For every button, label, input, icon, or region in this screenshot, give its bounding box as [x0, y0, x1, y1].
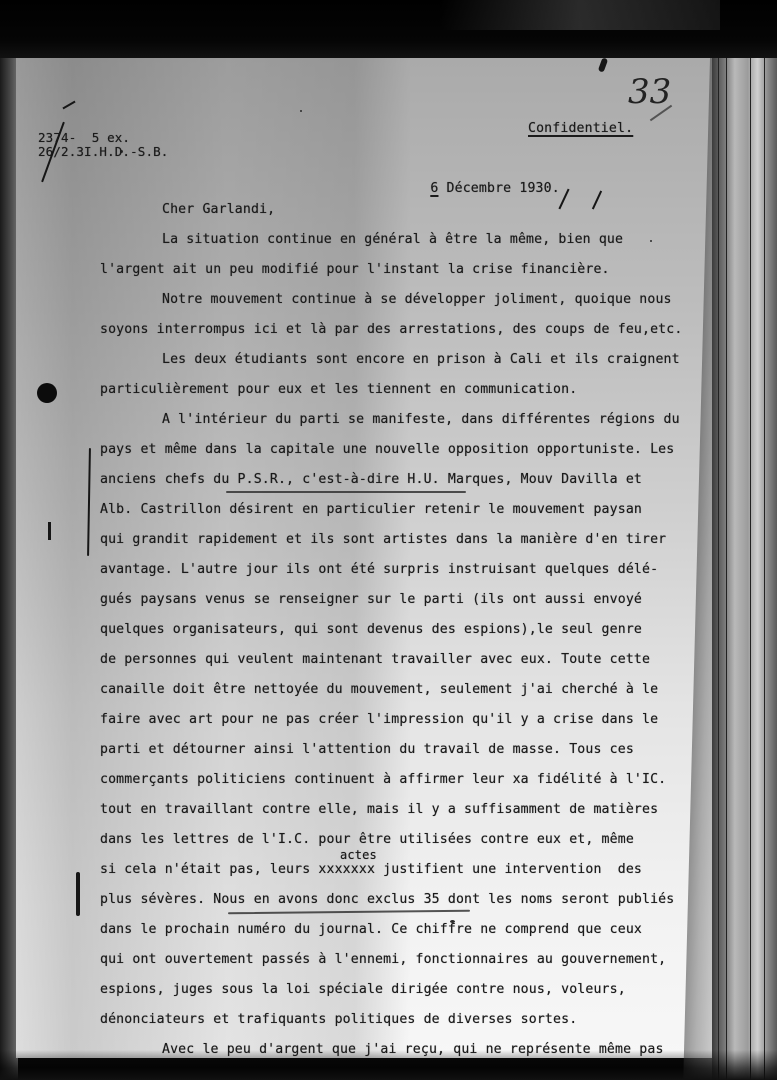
folio-number: 33 — [628, 72, 671, 112]
paper-page — [16, 58, 721, 1058]
body-line-15: de personnes qui veulent maintenant trav… — [100, 652, 650, 668]
punch-hole — [37, 383, 57, 403]
body-line-28: Avec le peu d'argent que j'ai reçu, qui … — [162, 1042, 664, 1058]
body-line-26: espions, juges sous la loi spéciale diri… — [100, 982, 626, 998]
body-line-27: dénonciateurs et trafiquants politiques … — [100, 1012, 577, 1028]
body-line-5: Les deux étudiants sont encore en prison… — [162, 352, 680, 368]
body-line-4: soyons interrompus ici et là par des arr… — [100, 322, 682, 338]
scanned-document: 2374- 5 ex. 26/2.3I.H.D.-S.B. 33 Confide… — [0, 0, 777, 1080]
body-line-21: dans les lettres de l'I.C. pour être uti… — [100, 832, 634, 848]
body-line-25: qui ont ouvertement passés à l'ennemi, f… — [100, 952, 666, 968]
body-line-2: l'argent ait un peu modifié pour l'insta… — [100, 262, 610, 278]
margin-mark-thick — [76, 872, 80, 916]
body-line-14: quelques organisateurs, qui sont devenus… — [100, 622, 642, 638]
body-line-9: anciens chefs du P.S.R., c'est-à-dire H.… — [100, 472, 642, 488]
date-month-year: Décembre 1930. — [438, 181, 559, 196]
reference-line-1: 2374- 5 ex. — [38, 131, 130, 145]
date-line: 6 Décembre 1930. — [398, 165, 560, 213]
body-line-11: qui grandit rapidement et ils sont artis… — [100, 532, 666, 548]
body-line-13: gués paysans venus se renseigner sur le … — [100, 592, 642, 608]
body-line-10: Alb. Castrillon désirent en particulier … — [100, 502, 642, 518]
body-line-22: si cela n'était pas, leurs xxxxxxx justi… — [100, 862, 642, 878]
body-line-24: dans le prochain numéro du journal. Ce c… — [100, 922, 642, 938]
classification-stamp: Confidentiel. — [528, 121, 633, 137]
margin-mark-vertical — [48, 522, 51, 540]
body-line-17: faire avec art pour ne pas créer l'impre… — [100, 712, 658, 728]
interlinear-correction: actes — [340, 847, 377, 863]
scan-right-edge — [712, 0, 777, 1080]
body-line-8: pays et même dans la capitale une nouvel… — [100, 442, 674, 458]
salutation: Cher Garlandi, — [162, 202, 275, 218]
body-line-20: tout en travaillant contre elle, mais il… — [100, 802, 658, 818]
body-line-16: canaille doit être nettoyée du mouvement… — [100, 682, 658, 698]
body-line-23: plus sévères. Nous en avons donc exclus … — [100, 892, 674, 908]
body-line-12: avantage. L'autre jour ils ont été surpr… — [100, 562, 658, 578]
body-line-18: parti et détourner ainsi l'attention du … — [100, 742, 634, 758]
reference-line-2: 26/2.3I.H.D.-S.B. — [38, 145, 169, 159]
scan-top-shadow-right — [440, 0, 720, 30]
body-line-3: Notre mouvement continue à se développer… — [162, 292, 672, 308]
body-line-19: commerçants politiciens continuent à aff… — [100, 772, 666, 788]
pen-underline-psr — [226, 491, 466, 493]
body-line-1: La situation continue en général à être … — [162, 232, 623, 248]
body-line-7: A l'intérieur du parti se manifeste, dan… — [162, 412, 680, 428]
body-line-6: particulièrement pour eux et les tiennen… — [100, 382, 577, 398]
scan-left-edge — [0, 0, 18, 1080]
